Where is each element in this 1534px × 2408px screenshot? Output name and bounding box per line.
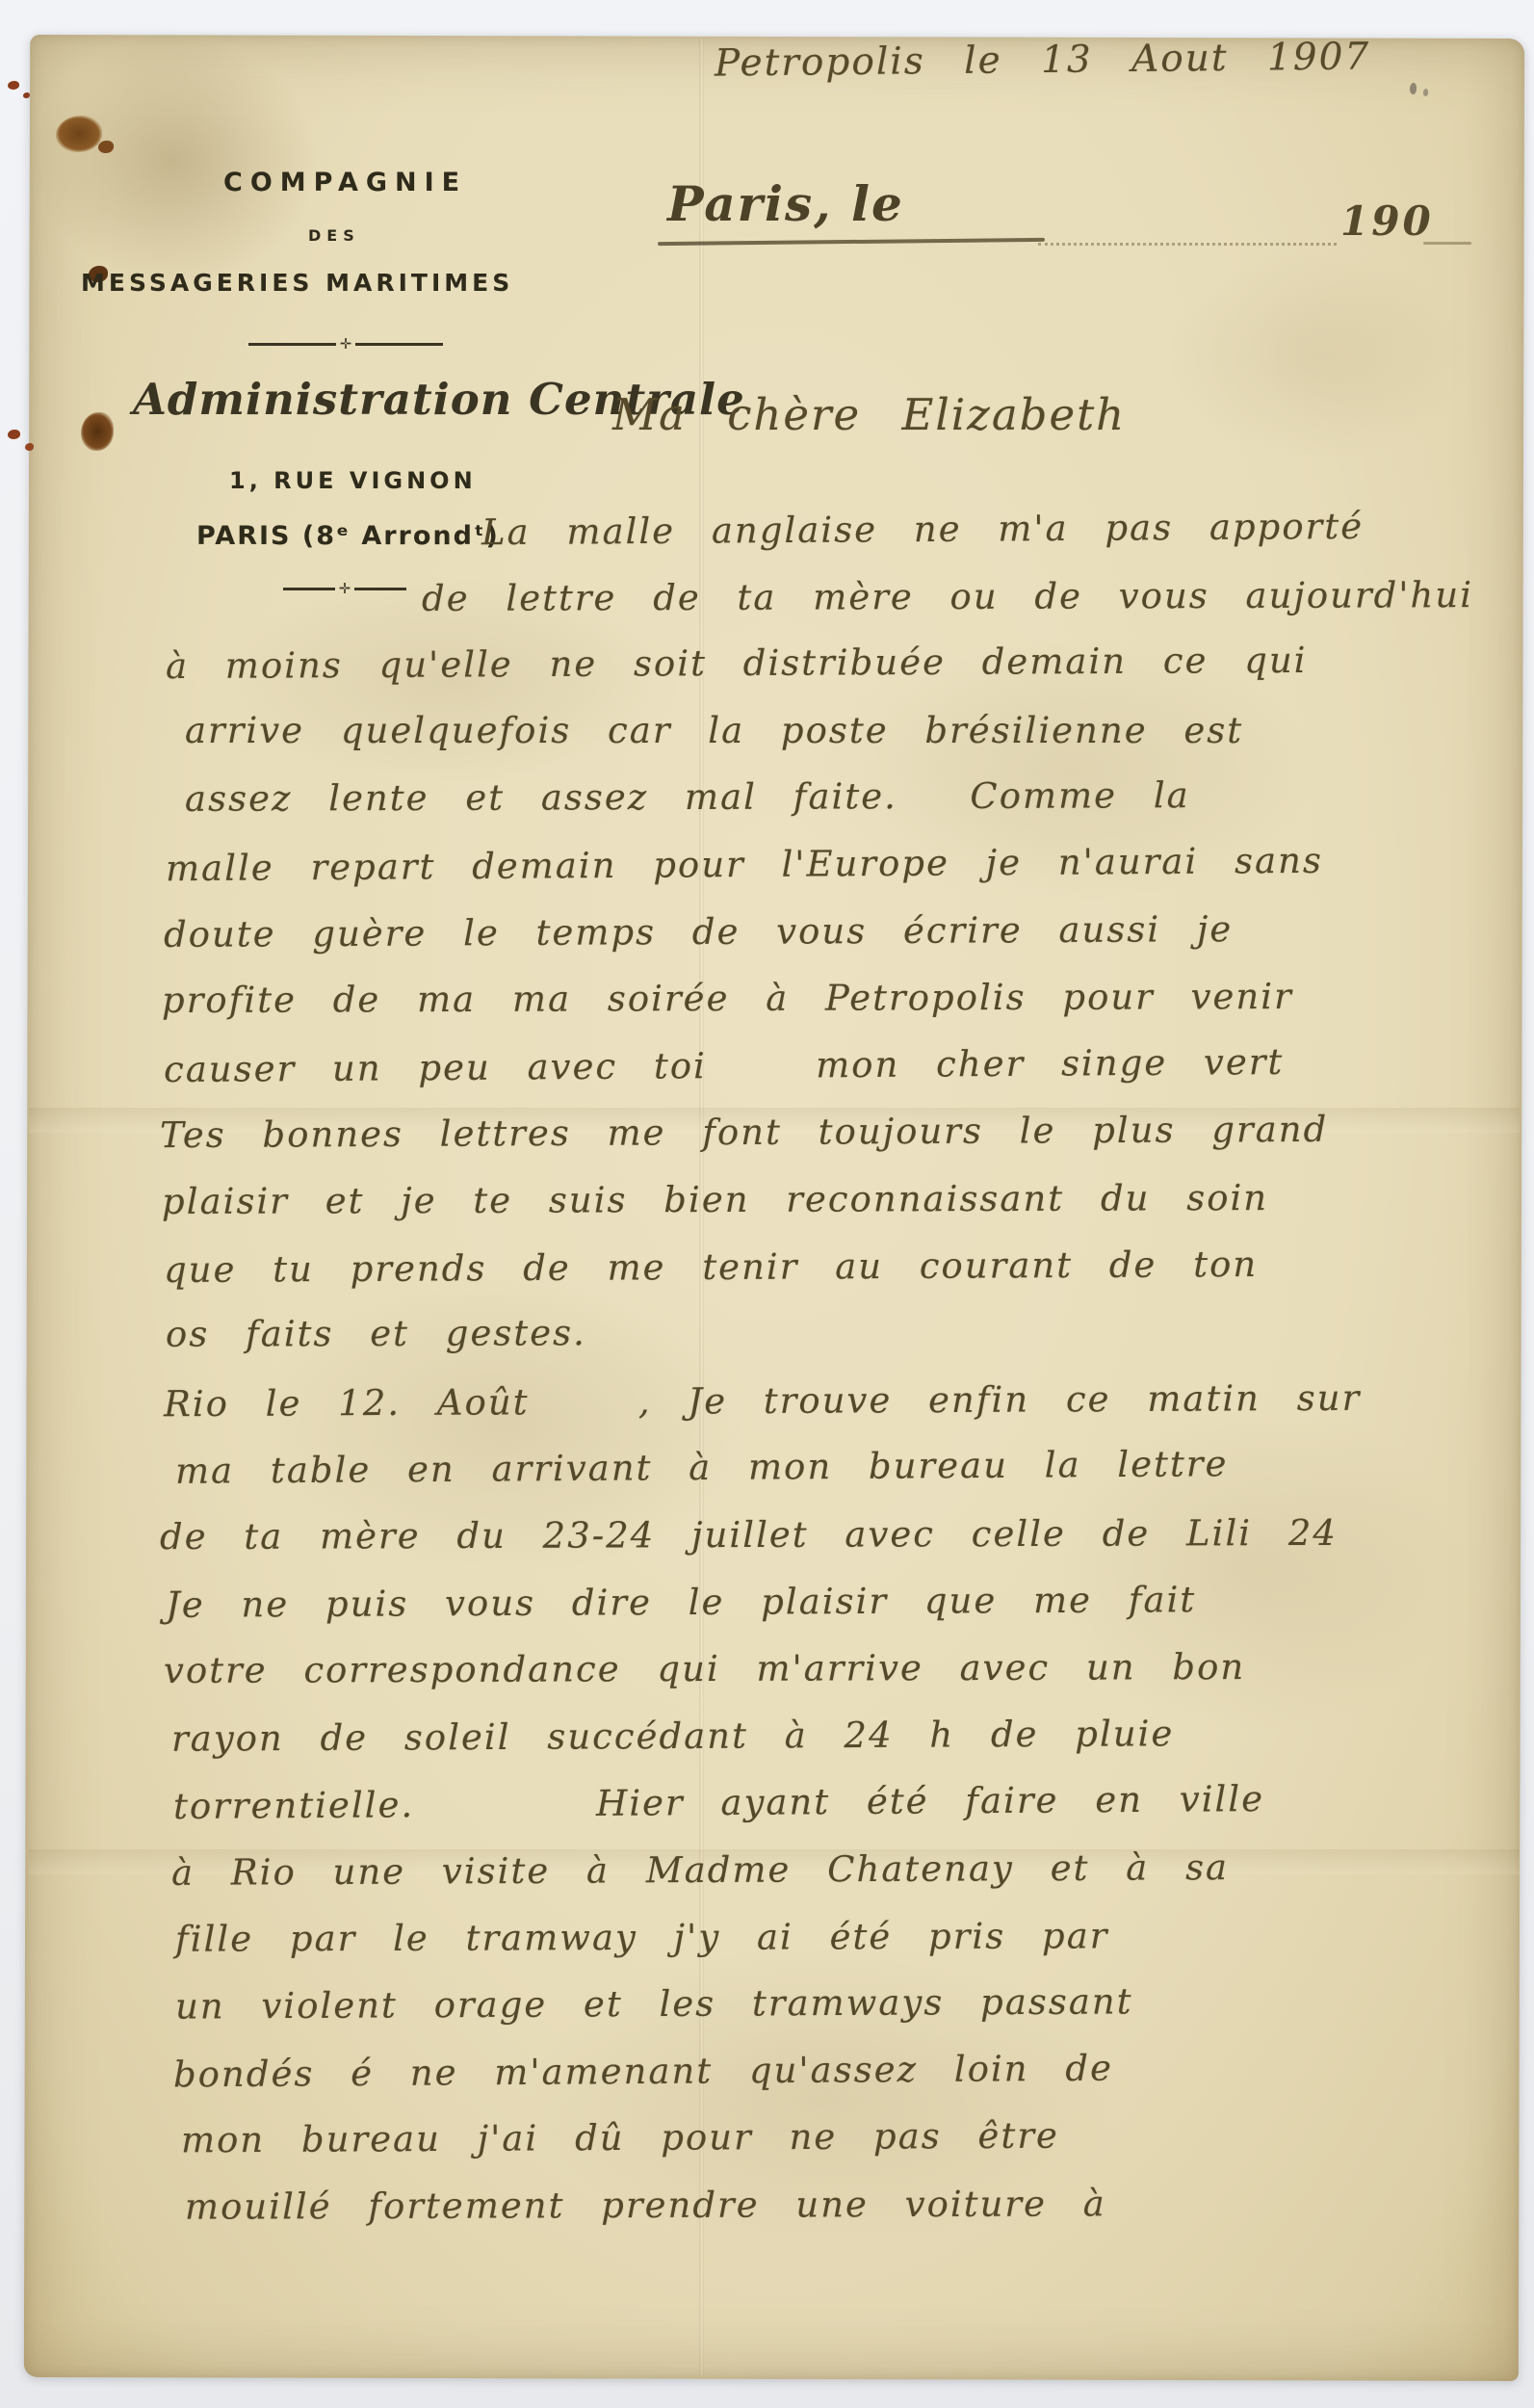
handwritten-line: Rio le 12. Août , Je trouve enfin ce mat…	[164, 1377, 1361, 1426]
handwritten-line: La malle anglaise ne m'a pas apporté	[481, 506, 1364, 553]
handwritten-line: votre correspondance qui m'arrive avec u…	[164, 1646, 1245, 1691]
divider-rule	[354, 588, 406, 590]
handwritten-line: causer un peu avec toi mon cher singe ve…	[164, 1041, 1285, 1090]
handwritten-line: torrentielle. Hier ayant été faire en vi…	[173, 1778, 1264, 1827]
foxing-spot	[98, 141, 114, 153]
handwritten-line: Je ne puis vous dire le plaisir que me f…	[166, 1579, 1196, 1626]
handwritten-line: que tu prends de me tenir au courant de …	[164, 1243, 1258, 1291]
handwritten-line: bondés é ne m'amenant qu'assez loin de	[173, 2048, 1113, 2096]
foxing-spot	[25, 443, 34, 451]
handwritten-line: un violent orage et les tramways passant	[175, 1980, 1133, 2027]
letterhead-small-divider: ✛	[283, 584, 406, 593]
handwritten-line: Tes bonnes lettres me font toujours le p…	[160, 1109, 1328, 1156]
foxing-spot	[81, 412, 114, 451]
handwritten-line: malle repart demain pour l'Europe je n'a…	[166, 840, 1323, 889]
handwritten-line: de ta mère du 23-24 juillet avec celle d…	[160, 1512, 1338, 1557]
foxing-spot	[8, 81, 19, 90]
letterhead-company-line2: DES	[308, 226, 360, 245]
handwritten-line: plaisir et je te suis bien reconnaissant…	[162, 1177, 1268, 1222]
handwritten-line: mouillé fortement prendre une voiture à	[185, 2183, 1106, 2227]
cross-ornament-icon: ✛	[336, 339, 356, 349]
handwritten-line: profite de ma ma soirée à Petropolis pou…	[162, 976, 1293, 1021]
pin-mark	[1423, 89, 1428, 96]
page-background: { "letterhead": { "company_line1": "COMP…	[0, 0, 1534, 2408]
handwritten-salutation: Ma chère Elizabeth	[612, 389, 1126, 440]
handwritten-place-date: Petropolis le 13 Aout 1907	[715, 35, 1371, 85]
handwritten-line: arrive quelquefois car la poste brésilie…	[185, 710, 1243, 751]
handwritten-line: à moins qu'elle ne soit distribuée demai…	[166, 640, 1308, 687]
letterhead-street: 1, RUE VIGNON	[229, 467, 477, 494]
pin-mark	[1410, 83, 1417, 94]
year-rule	[1423, 242, 1471, 245]
printed-year-prefix: 190	[1340, 197, 1434, 245]
divider-rule	[283, 588, 335, 590]
paper-stain	[30, 35, 320, 286]
handwritten-line: os faits et gestes.	[166, 1312, 586, 1355]
letterhead-company-line1: COMPAGNIE	[223, 168, 467, 197]
handwritten-line: fille par le tramway j'y ai été pris par	[175, 1915, 1109, 1959]
printed-place-label: Paris, le	[667, 175, 904, 232]
foxing-spot	[8, 430, 20, 439]
handwritten-line: rayon de soleil succédant à 24 h de plui…	[171, 1713, 1175, 1759]
divider-rule	[248, 343, 336, 346]
handwritten-line: de lettre de ta mère ou de vous aujourd'…	[422, 574, 1473, 619]
handwritten-line: ma table en arrivant à mon bureau la let…	[175, 1443, 1229, 1492]
letterhead-city: PARIS (8ᵉ Arrondᵗ)	[196, 521, 500, 551]
dateline-rule	[1038, 243, 1337, 246]
handwritten-line: mon bureau j'ai dû pour ne pas être	[181, 2115, 1059, 2161]
divider-rule	[355, 343, 443, 346]
letterhead-company-line3: MESSAGERIES MARITIMES	[81, 269, 513, 297]
foxing-spot	[23, 92, 30, 98]
handwritten-line: assez lente et assez mal faite. Comme la	[185, 774, 1190, 820]
foxing-spot	[56, 116, 102, 152]
letterhead-divider: ✛	[248, 339, 443, 349]
cross-ornament-icon: ✛	[335, 584, 355, 593]
handwritten-line: doute guère le temps de vous écrire auss…	[164, 908, 1233, 955]
paper-stain	[1165, 249, 1474, 462]
handwritten-line: à Rio une visite à Madme Chatenay et à s…	[171, 1846, 1229, 1894]
